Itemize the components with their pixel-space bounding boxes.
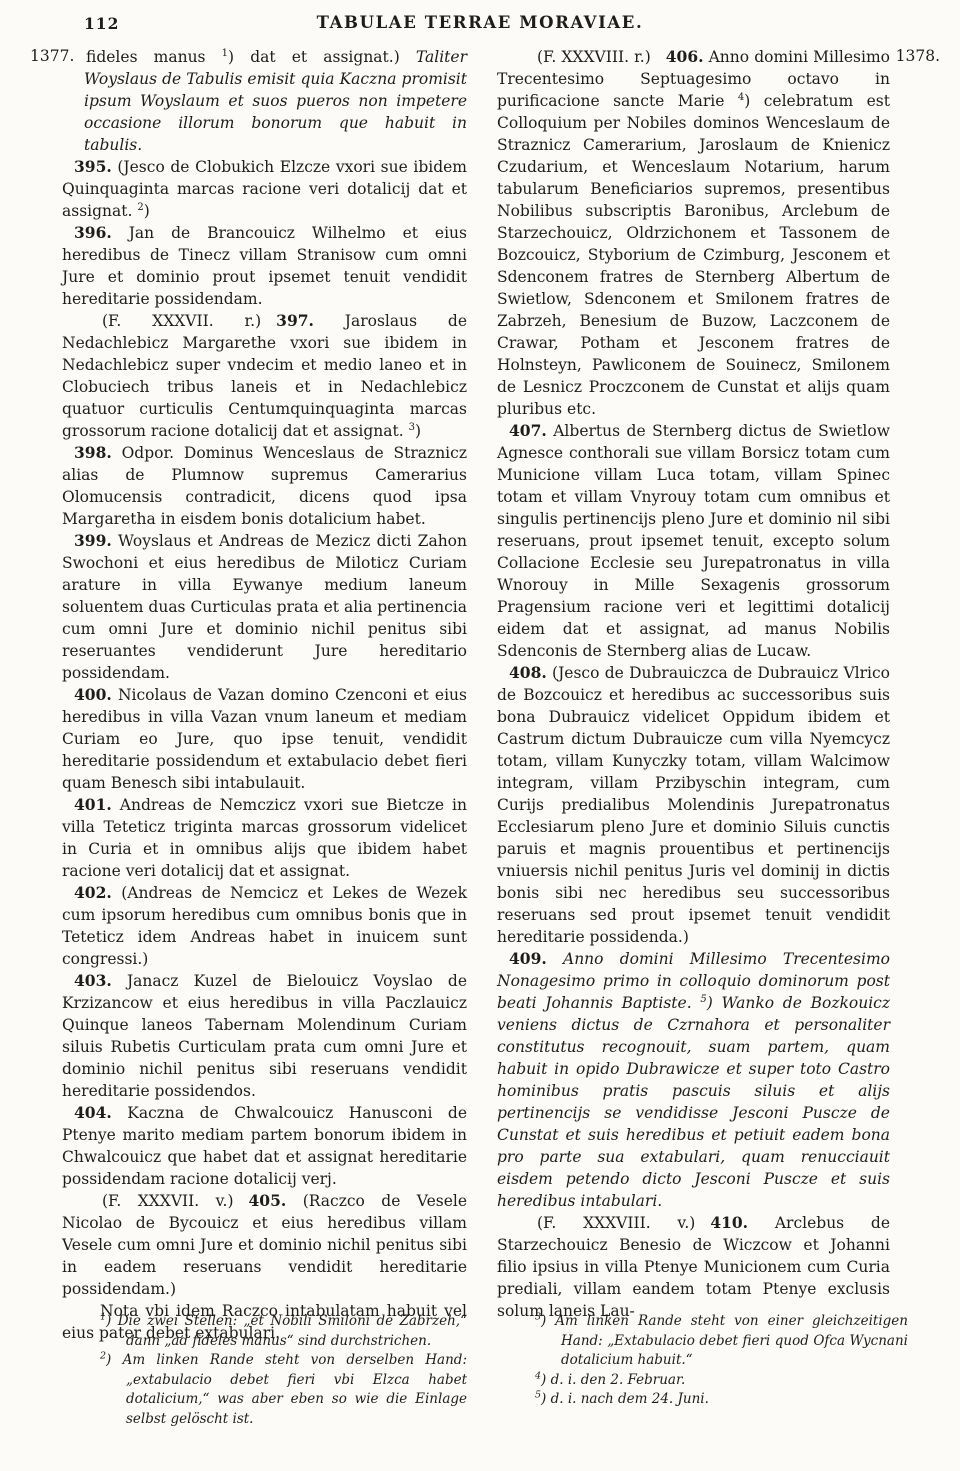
folio-reference: (F. XXXVIII. v.) [537,1214,695,1232]
text-run: ) [144,202,150,220]
text-run: (Andreas de Nemcicz et Lekes de Wezek cu… [62,884,467,968]
entry-number: 402. [74,883,112,902]
footnote-text: d. i. nach dem 24. Juni. [551,1391,709,1407]
footnote: 4) d. i. den 2. Februar. [535,1371,908,1391]
footnote-text: d. i. den 2. Februar. [551,1372,686,1388]
text-run: (Jesco de Dubrauiczca de Dubrauicz Vlric… [497,664,890,946]
text-run: Jaroslaus de Nedachlebicz Margarethe vxo… [62,312,467,440]
footnote-marker: 5 [535,1390,541,1401]
entry-number: 400. [74,685,112,704]
entry-paragraph: 407. Albertus de Sternberg dictus de Swi… [497,420,890,662]
entry-number: 406. [666,47,704,66]
entry-paragraph: 404. Kaczna de Chwalcouicz Hanusconi de … [62,1102,467,1190]
footnote-marker: 3 [535,1312,541,1323]
footnote: 2) Am linken Rande steht von derselben H… [100,1351,467,1429]
footnote-text: Am linken Rande steht von derselben Hand… [123,1352,467,1427]
text-run: Nicolaus de Vazan domino Czenconi et eiu… [62,686,467,792]
page-header: 112 TABULAE TERRAE MORAVIAE. [0,13,960,39]
entry-number: 410. [710,1213,748,1232]
text-run: Jan de Brancouicz Wilhelmo et eius hered… [62,224,467,308]
footnote-marker: 4 [535,1370,541,1381]
footnote: 5) d. i. nach dem 24. Juni. [535,1390,908,1410]
footnote: 1) Die zwei Stellen: „et Nobili Smiloni … [100,1312,467,1351]
entry-paragraph: 402. (Andreas de Nemcicz et Lekes de Wez… [62,882,467,970]
entry-paragraph: (F. XXXVII. v.)405. (Raczco de Vesele Ni… [62,1190,467,1300]
footnote-text: Am linken Rande steht von einer gleichze… [555,1313,908,1368]
entry-number: 405. [249,1191,287,1210]
page-number: 112 [84,14,119,33]
text-run: ) Wanko de Bozkouicz veniens dictus de C… [497,994,890,1210]
entry-paragraph: 396. Jan de Brancouicz Wilhelmo et eius … [62,222,467,310]
entry-number: 395. [74,157,112,176]
text-run: Janacz Kuzel de Bielouicz Voyslao de Krz… [62,972,467,1100]
entry-number: 403. [74,971,112,990]
entry-paragraph: (F. XXXVIII. v.)410. Arclebus de Starzec… [497,1212,890,1322]
entry-number: 404. [74,1103,112,1122]
left-column: fideles manus 1) dat et assignat.) Talit… [62,46,467,1344]
text-run: ) [415,422,421,440]
entry-number: 396. [74,223,112,242]
continued-entry-paragraph: fideles manus 1) dat et assignat.) Talit… [62,46,467,156]
text-run: ) dat et assignat.) [228,48,416,66]
footnotes-left-column: 1) Die zwei Stellen: „et Nobili Smiloni … [62,1312,467,1429]
entry-paragraph: 401. Andreas de Nemczicz vxori sue Bietc… [62,794,467,882]
entry-number: 409. [509,949,547,968]
entry-paragraph: 403. Janacz Kuzel de Bielouicz Voyslao d… [62,970,467,1102]
folio-reference: (F. XXXVII. v.) [102,1192,234,1210]
entry-number: 397. [276,311,314,330]
text-run: (Jesco de Clobukich Elzcze vxori sue ibi… [62,158,467,220]
text-run: Woyslaus et Andreas de Mezicz dicti Zaho… [62,532,467,682]
footnote-marker: 1 [100,1312,106,1323]
entry-paragraph: 398. Odpor. Dominus Wenceslaus de Strazn… [62,442,467,530]
running-title: TABULAE TERRAE MORAVIAE. [0,13,960,32]
footnote-text: Die zwei Stellen: „et Nobili Smiloni de … [118,1313,467,1349]
right-column: (F. XXXVIII. r.)406. Anno domini Millesi… [497,46,890,1322]
text-run: Albertus de Sternberg dictus de Swietlow… [497,422,890,660]
entry-number: 399. [74,531,112,550]
entry-paragraph: 400. Nicolaus de Vazan domino Czenconi e… [62,684,467,794]
footnotes-right-column: 3) Am linken Rande steht von einer gleic… [497,1312,908,1429]
entry-number: 398. [74,443,112,462]
entry-number: 401. [74,795,112,814]
text-run: Kaczna de Chwalcouicz Hanusconi de Pteny… [62,1104,467,1188]
footnote: 3) Am linken Rande steht von einer gleic… [535,1312,908,1371]
book-page: 112 TABULAE TERRAE MORAVIAE. 1377. 1378.… [0,0,960,1471]
entry-paragraph: 409. Anno domini Millesimo Trecentesimo … [497,948,890,1212]
folio-reference: (F. XXXVII. r.) [102,312,261,330]
entry-paragraph: 399. Woyslaus et Andreas de Mezicz dicti… [62,530,467,684]
entry-paragraph: 408. (Jesco de Dubrauiczca de Dubrauicz … [497,662,890,948]
margin-year-right: 1378. [896,47,940,65]
footnotes-section: 1) Die zwei Stellen: „et Nobili Smiloni … [62,1312,908,1429]
folio-reference: (F. XXXVIII. r.) [537,48,651,66]
text-run: fideles manus [86,48,222,66]
text-run: Andreas de Nemczicz vxori sue Bietcze in… [62,796,467,880]
entry-paragraph: (F. XXXVII. r.)397. Jaroslaus de Nedachl… [62,310,467,442]
text-run: Odpor. Dominus Wenceslaus de Straznicz a… [62,444,467,528]
entry-paragraph: (F. XXXVIII. r.)406. Anno domini Millesi… [497,46,890,420]
text-run: ) celebratum est Colloquium per Nobiles … [497,92,890,418]
footnote-marker: 2 [100,1351,106,1362]
entry-number: 408. [509,663,547,682]
entry-number: 407. [509,421,547,440]
entry-paragraph: 395. (Jesco de Clobukich Elzcze vxori su… [62,156,467,222]
